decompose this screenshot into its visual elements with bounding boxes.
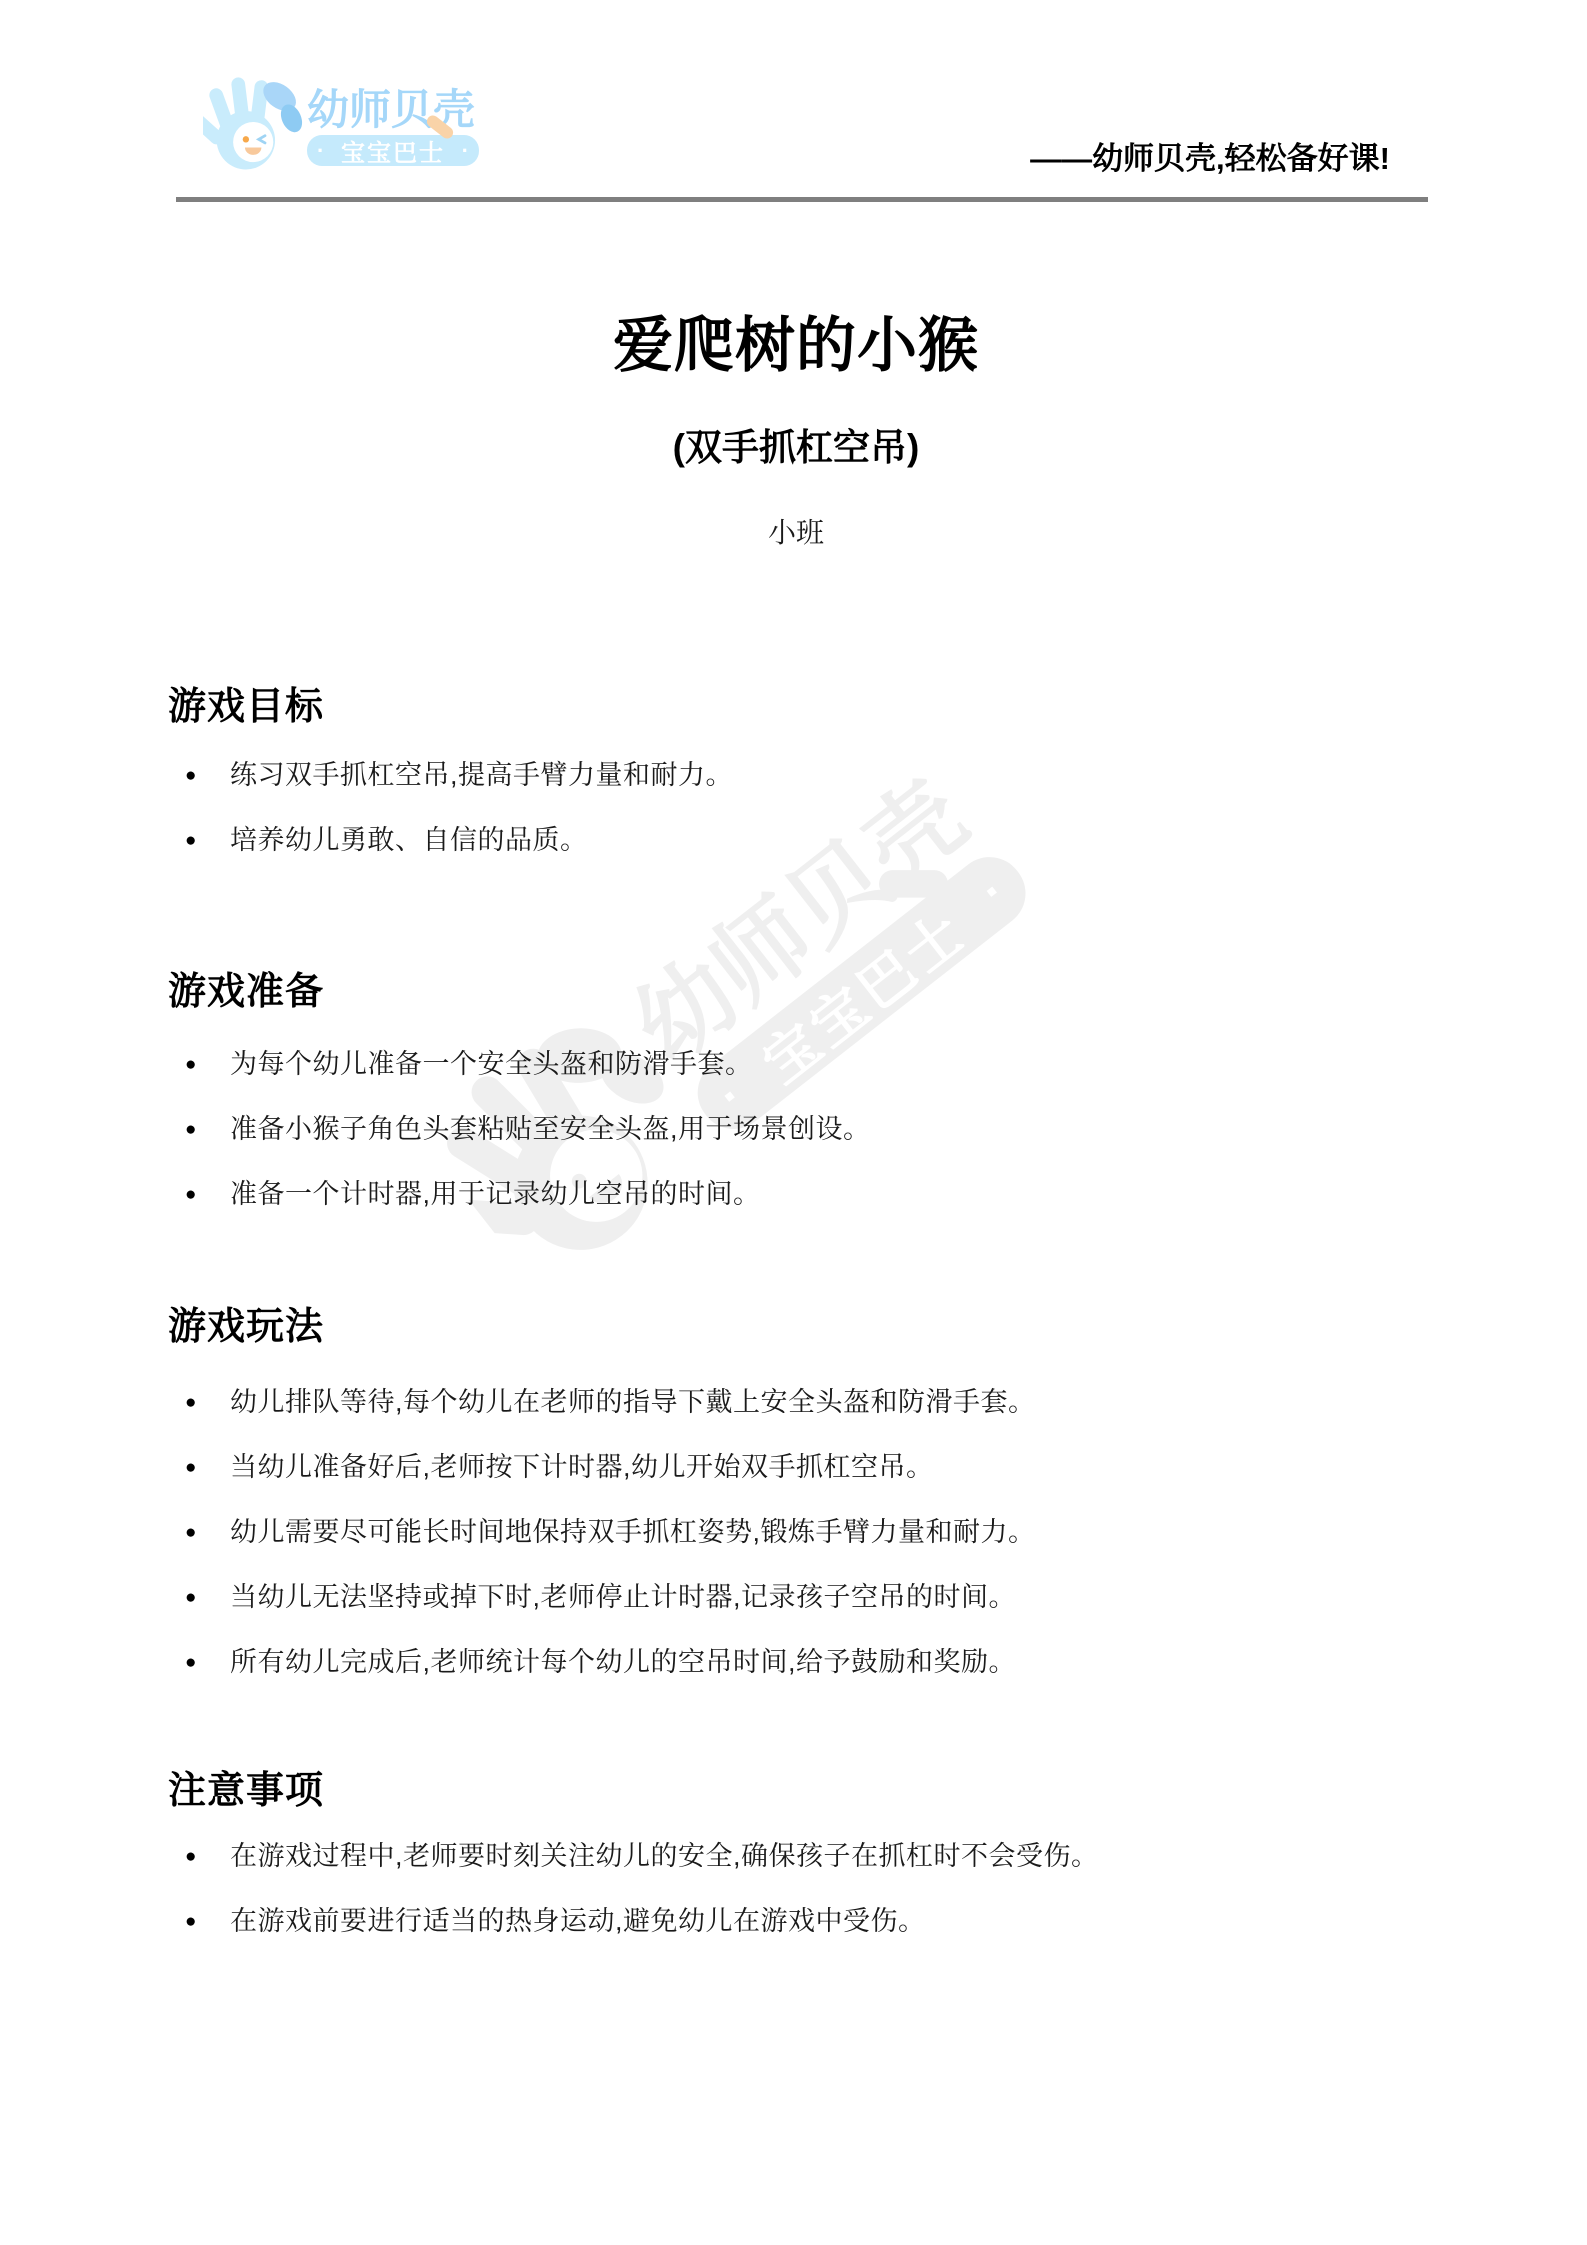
document-content: 爱爬树的小猴 (双手抓杠空吊) 小班 游戏目标 ● 练习双手抓杠空吊,提高手臂力… [168, 310, 1424, 1939]
section-heading: 注意事项 [168, 1768, 1424, 1814]
header-tagline: ——幼师贝壳,轻松备好课! [1030, 140, 1390, 177]
list-item: ● 为每个幼儿准备一个安全头盔和防滑手套。 [168, 1047, 1424, 1082]
list-item: ● 所有幼儿完成后,老师统计每个幼儿的空吊时间,给予鼓励和奖励。 [168, 1645, 1424, 1680]
bullet-text: 幼儿排队等待,每个幼儿在老师的指导下戴上安全头盔和防滑手套。 [230, 1385, 1424, 1420]
pill-dot-left: · [317, 138, 324, 164]
bullet-text: 当幼儿无法坚持或掉下时,老师停止计时器,记录孩子空吊的时间。 [230, 1580, 1424, 1615]
bullet-text: 准备小猴子角色头套粘贴至安全头盔,用于场景创设。 [230, 1112, 1424, 1147]
bullet-icon: ● [185, 1112, 230, 1147]
section-heading: 游戏目标 [168, 684, 1424, 730]
bullet-list: ● 为每个幼儿准备一个安全头盔和防滑手套。 ● 准备小猴子角色头套粘贴至安全头盔… [168, 1047, 1424, 1212]
list-item: ● 当幼儿准备好后,老师按下计时器,幼儿开始双手抓杠空吊。 [168, 1450, 1424, 1485]
bullet-icon: ● [185, 1450, 230, 1485]
bullet-text: 准备一个计时器,用于记录幼儿空吊的时间。 [230, 1177, 1424, 1212]
page-title: 爱爬树的小猴 [168, 310, 1424, 382]
list-item: ● 在游戏过程中,老师要时刻关注幼儿的安全,确保孩子在抓杠时不会受伤。 [168, 1839, 1424, 1874]
header-divider [176, 197, 1428, 202]
header-logo-text: 幼师贝壳 · 宝宝巴士 · [307, 87, 479, 166]
bullet-icon: ● [185, 1047, 230, 1082]
bullet-text: 为每个幼儿准备一个安全头盔和防滑手套。 [230, 1047, 1424, 1082]
section-game-play: 游戏玩法 ● 幼儿排队等待,每个幼儿在老师的指导下戴上安全头盔和防滑手套。 ● … [168, 1304, 1424, 1680]
section-precautions: 注意事项 ● 在游戏过程中,老师要时刻关注幼儿的安全,确保孩子在抓杠时不会受伤。… [168, 1768, 1424, 1939]
list-item: ● 培养幼儿勇敢、自信的品质。 [168, 823, 1424, 858]
bullet-text: 当幼儿准备好后,老师按下计时器,幼儿开始双手抓杠空吊。 [230, 1450, 1424, 1485]
list-item: ● 在游戏前要进行适当的热身运动,避免幼儿在游戏中受伤。 [168, 1904, 1424, 1939]
page-subtitle: (双手抓杠空吊) [168, 426, 1424, 470]
bullet-text: 幼儿需要尽可能长时间地保持双手抓杠姿势,锻炼手臂力量和耐力。 [230, 1515, 1424, 1550]
list-item: ● 幼儿需要尽可能长时间地保持双手抓杠姿势,锻炼手臂力量和耐力。 [168, 1515, 1424, 1550]
bullet-list: ● 在游戏过程中,老师要时刻关注幼儿的安全,确保孩子在抓杠时不会受伤。 ● 在游… [168, 1839, 1424, 1939]
bullet-icon: ● [185, 823, 230, 858]
bullet-icon: ● [185, 1904, 230, 1939]
bullet-text: 在游戏前要进行适当的热身运动,避免幼儿在游戏中受伤。 [230, 1904, 1424, 1939]
pill-dot-right: · [462, 138, 469, 164]
brand-name: 幼师贝壳 [307, 87, 479, 133]
bullet-icon: ● [185, 1385, 230, 1420]
bullet-text: 培养幼儿勇敢、自信的品质。 [230, 823, 1424, 858]
document-page: 幼师贝壳 · 宝宝巴士 · [0, 0, 1587, 2245]
bullet-text: 在游戏过程中,老师要时刻关注幼儿的安全,确保孩子在抓杠时不会受伤。 [230, 1839, 1424, 1874]
grade-label: 小班 [168, 516, 1424, 550]
bullet-icon: ● [185, 1580, 230, 1615]
sub-brand-name: 宝宝巴士 [341, 133, 445, 168]
bullet-text: 练习双手抓杠空吊,提高手臂力量和耐力。 [230, 758, 1424, 793]
section-heading: 游戏准备 [168, 969, 1424, 1015]
bullet-icon: ● [185, 758, 230, 793]
bullet-icon: ● [185, 1839, 230, 1874]
bullet-text: 所有幼儿完成后,老师统计每个幼儿的空吊时间,给予鼓励和奖励。 [230, 1645, 1424, 1680]
bullet-list: ● 练习双手抓杠空吊,提高手臂力量和耐力。 ● 培养幼儿勇敢、自信的品质。 [168, 758, 1424, 858]
section-game-preparation: 游戏准备 ● 为每个幼儿准备一个安全头盔和防滑手套。 ● 准备小猴子角色头套粘贴… [168, 969, 1424, 1212]
bullet-icon: ● [185, 1515, 230, 1550]
bullet-list: ● 幼儿排队等待,每个幼儿在老师的指导下戴上安全头盔和防滑手套。 ● 当幼儿准备… [168, 1385, 1424, 1680]
bullet-icon: ● [185, 1645, 230, 1680]
list-item: ● 准备小猴子角色头套粘贴至安全头盔,用于场景创设。 [168, 1112, 1424, 1147]
bullet-icon: ● [185, 1177, 230, 1212]
section-game-goals: 游戏目标 ● 练习双手抓杠空吊,提高手臂力量和耐力。 ● 培养幼儿勇敢、自信的品… [168, 684, 1424, 858]
section-heading: 游戏玩法 [168, 1304, 1424, 1350]
list-item: ● 准备一个计时器,用于记录幼儿空吊的时间。 [168, 1177, 1424, 1212]
list-item: ● 练习双手抓杠空吊,提高手臂力量和耐力。 [168, 758, 1424, 793]
sub-brand-pill: · 宝宝巴士 · [307, 135, 479, 166]
hand-shell-logo-icon [203, 74, 307, 170]
header-logo: 幼师贝壳 · 宝宝巴士 · [203, 74, 479, 170]
list-item: ● 幼儿排队等待,每个幼儿在老师的指导下戴上安全头盔和防滑手套。 [168, 1385, 1424, 1420]
list-item: ● 当幼儿无法坚持或掉下时,老师停止计时器,记录孩子空吊的时间。 [168, 1580, 1424, 1615]
